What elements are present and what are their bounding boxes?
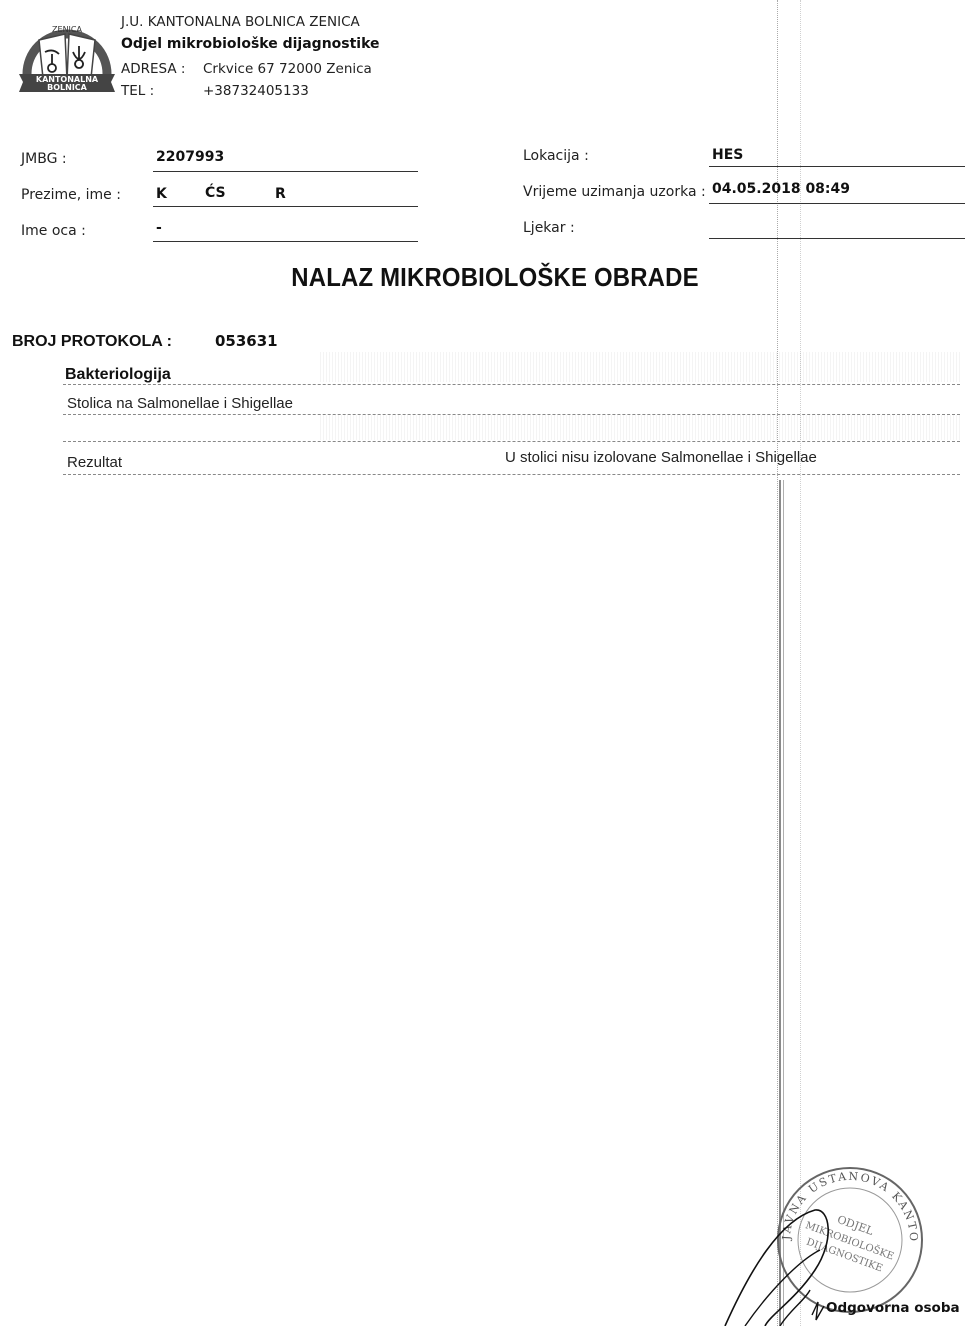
scan-crease-line bbox=[777, 0, 778, 1326]
underline bbox=[709, 203, 965, 204]
tel-value: +38732405133 bbox=[203, 83, 309, 99]
address-value: Crkvice 67 72000 Zenica bbox=[203, 61, 372, 77]
result-label: Rezultat bbox=[67, 454, 122, 471]
row-divider bbox=[63, 414, 960, 415]
section-heading: Bakteriologija bbox=[65, 366, 171, 384]
name-label: Prezime, ime : bbox=[21, 187, 121, 203]
logo-banner-line2: BOLNICA bbox=[47, 83, 88, 92]
protocol-label: BROJ PROTOKOLA : bbox=[12, 333, 172, 351]
underline bbox=[709, 238, 965, 239]
row-divider bbox=[63, 474, 960, 475]
name-part-middle: ĆS bbox=[205, 185, 226, 201]
underline bbox=[153, 171, 418, 172]
doctor-label: Ljekar : bbox=[523, 220, 575, 236]
underline bbox=[709, 166, 965, 167]
hospital-logo: ZENICA KANTONALNA BOLNICA bbox=[17, 12, 117, 102]
scan-noise bbox=[320, 415, 960, 440]
logo-top-text: ZENICA bbox=[52, 25, 82, 34]
underline bbox=[153, 241, 418, 242]
underline bbox=[153, 206, 418, 207]
department-name: Odjel mikrobiološke dijagnostike bbox=[121, 36, 380, 52]
location-label: Lokacija : bbox=[523, 148, 589, 164]
sample-time-value: 04.05.2018 08:49 bbox=[712, 181, 850, 197]
test-name: Stolica na Salmonellae i Shigellae bbox=[67, 395, 293, 412]
row-divider bbox=[63, 384, 960, 385]
report-title: NALAZ MIKROBIOLOŠKE OBRADE bbox=[40, 262, 951, 293]
address-label: ADRESA : bbox=[121, 61, 185, 77]
result-value: U stolici nisu izolovane Salmonellae i S… bbox=[505, 449, 817, 466]
sample-time-label: Vrijeme uzimanja uzorka : bbox=[523, 184, 706, 200]
jmbg-label: JMBG : bbox=[21, 151, 67, 167]
father-name-value: - bbox=[156, 220, 162, 236]
name-part-first: R bbox=[275, 186, 286, 202]
location-value: HES bbox=[712, 147, 743, 163]
institution-name: J.U. KANTONALNA BOLNICA ZENICA bbox=[121, 14, 360, 30]
responsible-person-label: Odgovorna osoba bbox=[826, 1300, 960, 1316]
signature bbox=[720, 1190, 840, 1326]
name-part-surname: K bbox=[156, 186, 167, 202]
tel-label: TEL : bbox=[121, 83, 154, 99]
jmbg-value: 2207993 bbox=[156, 149, 224, 165]
scan-noise bbox=[320, 352, 960, 382]
row-divider bbox=[63, 441, 960, 442]
father-name-label: Ime oca : bbox=[21, 223, 86, 239]
protocol-value: 053631 bbox=[215, 332, 278, 350]
scan-crease-line bbox=[800, 0, 801, 1326]
